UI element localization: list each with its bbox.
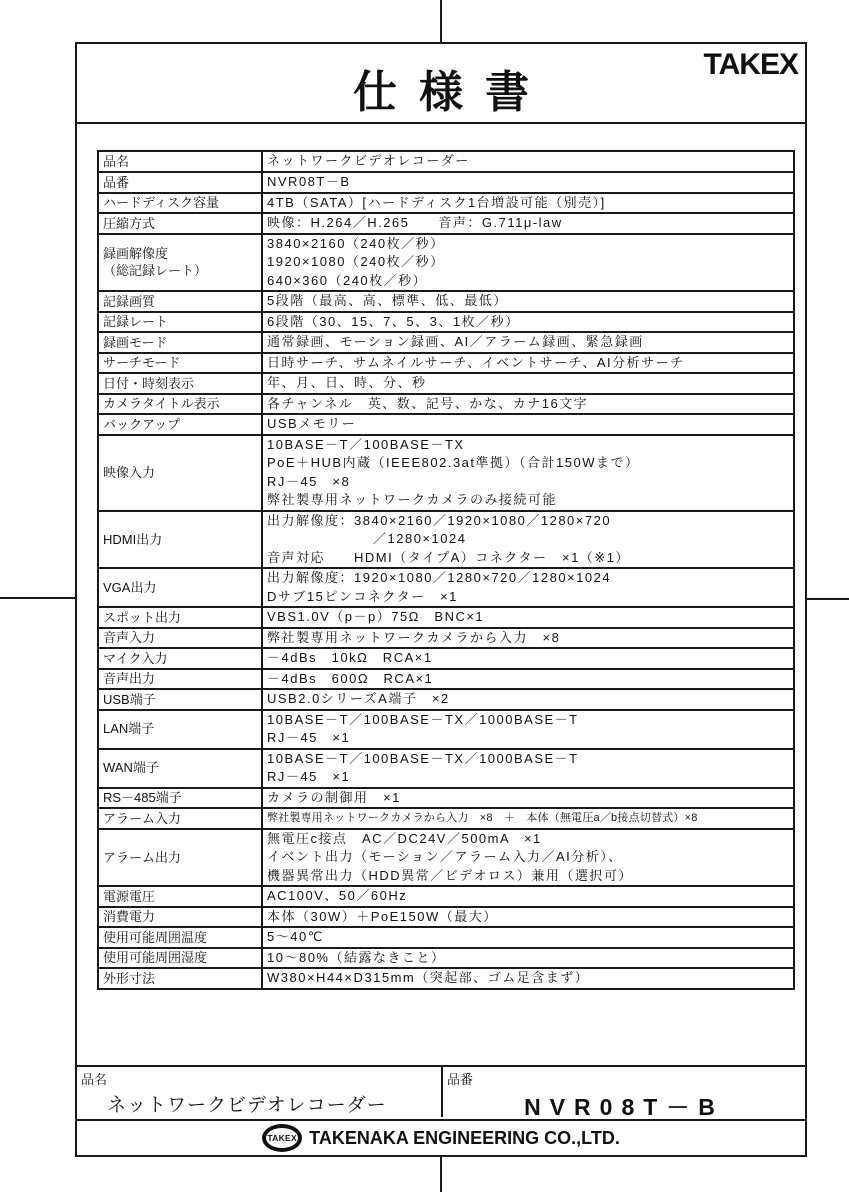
spec-label: 外形寸法: [99, 969, 263, 988]
spec-value-line: 640×360（240枚／秒）: [267, 272, 789, 291]
spec-row: 使用可能周囲温度5～40℃: [99, 926, 793, 947]
takex-logo: TAKEX: [704, 48, 798, 82]
spec-value-line: 弊社製専用ネットワークカメラのみ接続可能: [267, 491, 789, 510]
spec-row: 記録レート6段階（30、15、7、5、3、1枚／秒）: [99, 311, 793, 332]
spec-row: ハードディスク容量4TB（SATA）[ハードディスク1台増設可能（別売）]: [99, 192, 793, 213]
spec-value: 3840×2160（240枚／秒）1920×1080（240枚／秒）640×36…: [263, 235, 793, 291]
spec-value-line: USBメモリー: [267, 415, 789, 434]
spec-row: 圧縮方式映像：H.264／H.265 音声：G.711μ-law: [99, 212, 793, 233]
crop-mark-bottom: [440, 1157, 442, 1192]
spec-table: 品名ネットワークビデオレコーダー品番NVR08T－Bハードディスク容量4TB（S…: [97, 150, 795, 990]
spec-value-line: カメラの制御用 ×1: [267, 789, 789, 808]
spec-label: WAN端子: [99, 750, 263, 787]
crop-mark-top: [440, 0, 442, 43]
spec-value-line: 弊社製専用ネットワークカメラから入力 ×8: [267, 629, 789, 648]
spec-value-line: ／1280×1024: [267, 530, 789, 549]
spec-value-line: 無電圧c接点 AC／DC24V／500mA ×1: [267, 830, 789, 849]
spec-value: 通常録画、モーション録画、AI／アラーム録画、緊急録画: [263, 333, 793, 352]
spec-value: －4dBs 600Ω RCA×1: [263, 670, 793, 689]
spec-value: 本体（30W）＋PoE150W（最大）: [263, 908, 793, 927]
spec-value-line: 5段階（最高、高、標準、低、最低）: [267, 292, 789, 311]
spec-value-line: NVR08T－B: [267, 173, 789, 192]
spec-label: 品名: [99, 152, 263, 171]
spec-value: 10BASE－T／100BASE－TX／1000BASE－TRJ－45 ×1: [263, 750, 793, 787]
spec-value-line: 5～40℃: [267, 928, 789, 947]
spec-value-line: PoE＋HUB内蔵（IEEE802.3at準拠）（合計150Wまで）: [267, 454, 789, 473]
spec-label: RS－485端子: [99, 789, 263, 808]
company-name: TAKENAKA ENGINEERING CO.,LTD.: [309, 1128, 620, 1149]
spec-value: 6段階（30、15、7、5、3、1枚／秒）: [263, 313, 793, 332]
spec-row: WAN端子10BASE－T／100BASE－TX／1000BASE－TRJ－45…: [99, 748, 793, 787]
spec-row: 使用可能周囲湿度10～80%（結露なきこと）: [99, 947, 793, 968]
spec-label: 録画モード: [99, 333, 263, 352]
spec-row: 音声入力弊社製専用ネットワークカメラから入力 ×8: [99, 627, 793, 648]
spec-label: 使用可能周囲温度: [99, 928, 263, 947]
spec-value-line: 機器異常出力（HDD異常／ビデオロス）兼用（選択可）: [267, 867, 789, 886]
spec-label: 日付・時刻表示: [99, 374, 263, 393]
spec-row: サーチモード日時サーチ、サムネイルサーチ、イベントサーチ、AI分析サーチ: [99, 352, 793, 373]
spec-row: 品番NVR08T－B: [99, 171, 793, 192]
spec-row: LAN端子10BASE－T／100BASE－TX／1000BASE－TRJ－45…: [99, 709, 793, 748]
spec-row: 日付・時刻表示年、月、日、時、分、秒: [99, 372, 793, 393]
main-area: 品名ネットワークビデオレコーダー品番NVR08T－Bハードディスク容量4TB（S…: [77, 124, 805, 1065]
spec-value: W380×H44×D315mm（突起部、ゴム足含まず）: [263, 969, 793, 988]
spec-row: 電源電圧AC100V、50／60Hz: [99, 885, 793, 906]
header: 仕様書 TAKEX: [77, 44, 805, 124]
spec-value-line: イベント出力（モーション／アラーム入力／AI分析）、: [267, 848, 789, 867]
spec-value: 10BASE－T／100BASE－TXPoE＋HUB内蔵（IEEE802.3at…: [263, 436, 793, 510]
spec-label: 記録レート: [99, 313, 263, 332]
spec-value-line: 3840×2160（240枚／秒）: [267, 235, 789, 254]
spec-label: 電源電圧: [99, 887, 263, 906]
crop-mark-left: [0, 597, 77, 599]
spec-sheet-page: 仕様書 TAKEX 品名ネットワークビデオレコーダー品番NVR08T－Bハードデ…: [75, 42, 807, 1157]
spec-label: HDMI出力: [99, 512, 263, 568]
spec-value: USBメモリー: [263, 415, 793, 434]
spec-value: 5～40℃: [263, 928, 793, 947]
spec-value-line: 出力解像度：1920×1080／1280×720／1280×1024: [267, 569, 789, 588]
spec-label: カメラタイトル表示: [99, 395, 263, 414]
spec-value: 4TB（SATA）[ハードディスク1台増設可能（別売）]: [263, 194, 793, 213]
spec-label: アラーム入力: [99, 809, 263, 828]
spec-label: 圧縮方式: [99, 214, 263, 233]
spec-value: ネットワークビデオレコーダー: [263, 152, 793, 171]
spec-value: 弊社製専用ネットワークカメラから入力 ×8: [263, 629, 793, 648]
spec-value: AC100V、50／60Hz: [263, 887, 793, 906]
spec-label: 音声入力: [99, 629, 263, 648]
spec-row: 音声出力－4dBs 600Ω RCA×1: [99, 668, 793, 689]
takex-badge-icon: TAKEX: [262, 1124, 302, 1152]
spec-value-line: 出力解像度：3840×2160／1920×1080／1280×720: [267, 512, 789, 531]
spec-label: 使用可能周囲湿度: [99, 949, 263, 968]
spec-value: 出力解像度：3840×2160／1920×1080／1280×720／1280×…: [263, 512, 793, 568]
spec-label: 録画解像度 （総記録レート）: [99, 235, 263, 291]
spec-value-line: VBS1.0V（p－p）75Ω BNC×1: [267, 608, 789, 627]
spec-label: USB端子: [99, 690, 263, 709]
spec-label: 記録画質: [99, 292, 263, 311]
spec-value: USB2.0シリーズA端子 ×2: [263, 690, 793, 709]
spec-value-line: 日時サーチ、サムネイルサーチ、イベントサーチ、AI分析サーチ: [267, 354, 789, 373]
spec-value: 各チャンネル 英、数、記号、かな、カナ16文字: [263, 395, 793, 414]
spec-value: 日時サーチ、サムネイルサーチ、イベントサーチ、AI分析サーチ: [263, 354, 793, 373]
spec-value: 年、月、日、時、分、秒: [263, 374, 793, 393]
spec-label: VGA出力: [99, 569, 263, 606]
spec-value-line: 音声対応 HDMI（タイプA）コネクター ×1（※1）: [267, 549, 789, 568]
spec-label: バックアップ: [99, 415, 263, 434]
spec-row: 録画解像度 （総記録レート）3840×2160（240枚／秒）1920×1080…: [99, 233, 793, 291]
spec-label: 音声出力: [99, 670, 263, 689]
footer-model-label: 品番: [447, 1069, 801, 1088]
spec-label: LAN端子: [99, 711, 263, 748]
spec-value: 10BASE－T／100BASE－TX／1000BASE－TRJ－45 ×1: [263, 711, 793, 748]
footer-model-cell: 品番 NVR08T－B: [443, 1067, 805, 1117]
spec-value: 無電圧c接点 AC／DC24V／500mA ×1イベント出力（モーション／アラー…: [263, 830, 793, 886]
spec-value-line: 通常録画、モーション録画、AI／アラーム録画、緊急録画: [267, 333, 789, 352]
spec-row: 消費電力本体（30W）＋PoE150W（最大）: [99, 906, 793, 927]
spec-label: マイク入力: [99, 649, 263, 668]
spec-label: 映像入力: [99, 436, 263, 510]
footer-name-cell: 品名 ネットワークビデオレコーダー: [77, 1067, 443, 1117]
page-title: 仕様書: [77, 56, 805, 120]
spec-value: VBS1.0V（p－p）75Ω BNC×1: [263, 608, 793, 627]
spec-value-line: RJ－45 ×1: [267, 729, 789, 748]
spec-row: VGA出力出力解像度：1920×1080／1280×720／1280×1024D…: [99, 567, 793, 606]
spec-value-line: ネットワークビデオレコーダー: [267, 152, 789, 171]
spec-row: カメラタイトル表示各チャンネル 英、数、記号、かな、カナ16文字: [99, 393, 793, 414]
spec-value: 10～80%（結露なきこと）: [263, 949, 793, 968]
spec-row: バックアップUSBメモリー: [99, 413, 793, 434]
spec-value-line: USB2.0シリーズA端子 ×2: [267, 690, 789, 709]
spec-label: 品番: [99, 173, 263, 192]
footer-name-label: 品名: [81, 1069, 437, 1088]
spec-value-line: 10BASE－T／100BASE－TX／1000BASE－T: [267, 711, 789, 730]
spec-value-line: 10～80%（結露なきこと）: [267, 949, 789, 968]
spec-value-line: 4TB（SATA）[ハードディスク1台増設可能（別売）]: [267, 194, 789, 213]
spec-value-line: －4dBs 600Ω RCA×1: [267, 670, 789, 689]
spec-value-line: 年、月、日、時、分、秒: [267, 374, 789, 393]
spec-value: 5段階（最高、高、標準、低、最低）: [263, 292, 793, 311]
spec-label: サーチモード: [99, 354, 263, 373]
spec-value-line: 映像：H.264／H.265 音声：G.711μ-law: [267, 214, 789, 233]
spec-value-line: Dサブ15ピンコネクター ×1: [267, 588, 789, 607]
spec-row: 品名ネットワークビデオレコーダー: [99, 152, 793, 171]
spec-row: マイク入力－4dBs 10kΩ RCA×1: [99, 647, 793, 668]
spec-row: アラーム入力弊社製専用ネットワークカメラから入力 ×8 ＋ 本体（無電圧a／b接…: [99, 807, 793, 828]
spec-row: 映像入力10BASE－T／100BASE－TXPoE＋HUB内蔵（IEEE802…: [99, 434, 793, 510]
spec-row: RS－485端子カメラの制御用 ×1: [99, 787, 793, 808]
spec-value: 映像：H.264／H.265 音声：G.711μ-law: [263, 214, 793, 233]
spec-row: 記録画質5段階（最高、高、標準、低、最低）: [99, 290, 793, 311]
spec-value: カメラの制御用 ×1: [263, 789, 793, 808]
spec-row: USB端子USB2.0シリーズA端子 ×2: [99, 688, 793, 709]
spec-value-line: 6段階（30、15、7、5、3、1枚／秒）: [267, 313, 789, 332]
spec-value-line: W380×H44×D315mm（突起部、ゴム足含まず）: [267, 969, 789, 988]
spec-row: 外形寸法W380×H44×D315mm（突起部、ゴム足含まず）: [99, 967, 793, 988]
spec-row: HDMI出力出力解像度：3840×2160／1920×1080／1280×720…: [99, 510, 793, 568]
footer-name-value: ネットワークビデオレコーダー: [81, 1090, 437, 1117]
spec-value-line: 本体（30W）＋PoE150W（最大）: [267, 908, 789, 927]
spec-value-line: RJ－45 ×1: [267, 768, 789, 787]
spec-label: ハードディスク容量: [99, 194, 263, 213]
spec-value-line: 10BASE－T／100BASE－TX: [267, 436, 789, 455]
crop-mark-right: [805, 598, 849, 600]
spec-row: スポット出力VBS1.0V（p－p）75Ω BNC×1: [99, 606, 793, 627]
spec-value-line: AC100V、50／60Hz: [267, 887, 789, 906]
spec-value: 出力解像度：1920×1080／1280×720／1280×1024Dサブ15ピ…: [263, 569, 793, 606]
footer-model-value: NVR08T－B: [447, 1089, 801, 1122]
spec-value-line: 10BASE－T／100BASE－TX／1000BASE－T: [267, 750, 789, 769]
spec-value-line: RJ－45 ×8: [267, 473, 789, 492]
spec-value: NVR08T－B: [263, 173, 793, 192]
spec-value: －4dBs 10kΩ RCA×1: [263, 649, 793, 668]
spec-value-line: 弊社製専用ネットワークカメラから入力 ×8 ＋ 本体（無電圧a／b接点切替式）×…: [267, 809, 789, 828]
spec-value-line: －4dBs 10kΩ RCA×1: [267, 649, 789, 668]
footer-row: 品名 ネットワークビデオレコーダー 品番 NVR08T－B: [77, 1065, 805, 1117]
spec-label: スポット出力: [99, 608, 263, 627]
spec-value-line: 各チャンネル 英、数、記号、かな、カナ16文字: [267, 395, 789, 414]
spec-row: 録画モード通常録画、モーション録画、AI／アラーム録画、緊急録画: [99, 331, 793, 352]
spec-label: 消費電力: [99, 908, 263, 927]
spec-value-line: 1920×1080（240枚／秒）: [267, 253, 789, 272]
spec-value: 弊社製専用ネットワークカメラから入力 ×8 ＋ 本体（無電圧a／b接点切替式）×…: [263, 809, 793, 828]
spec-label: アラーム出力: [99, 830, 263, 886]
company-bar: TAKEX TAKENAKA ENGINEERING CO.,LTD.: [77, 1119, 805, 1155]
spec-row: アラーム出力無電圧c接点 AC／DC24V／500mA ×1イベント出力（モーシ…: [99, 828, 793, 886]
